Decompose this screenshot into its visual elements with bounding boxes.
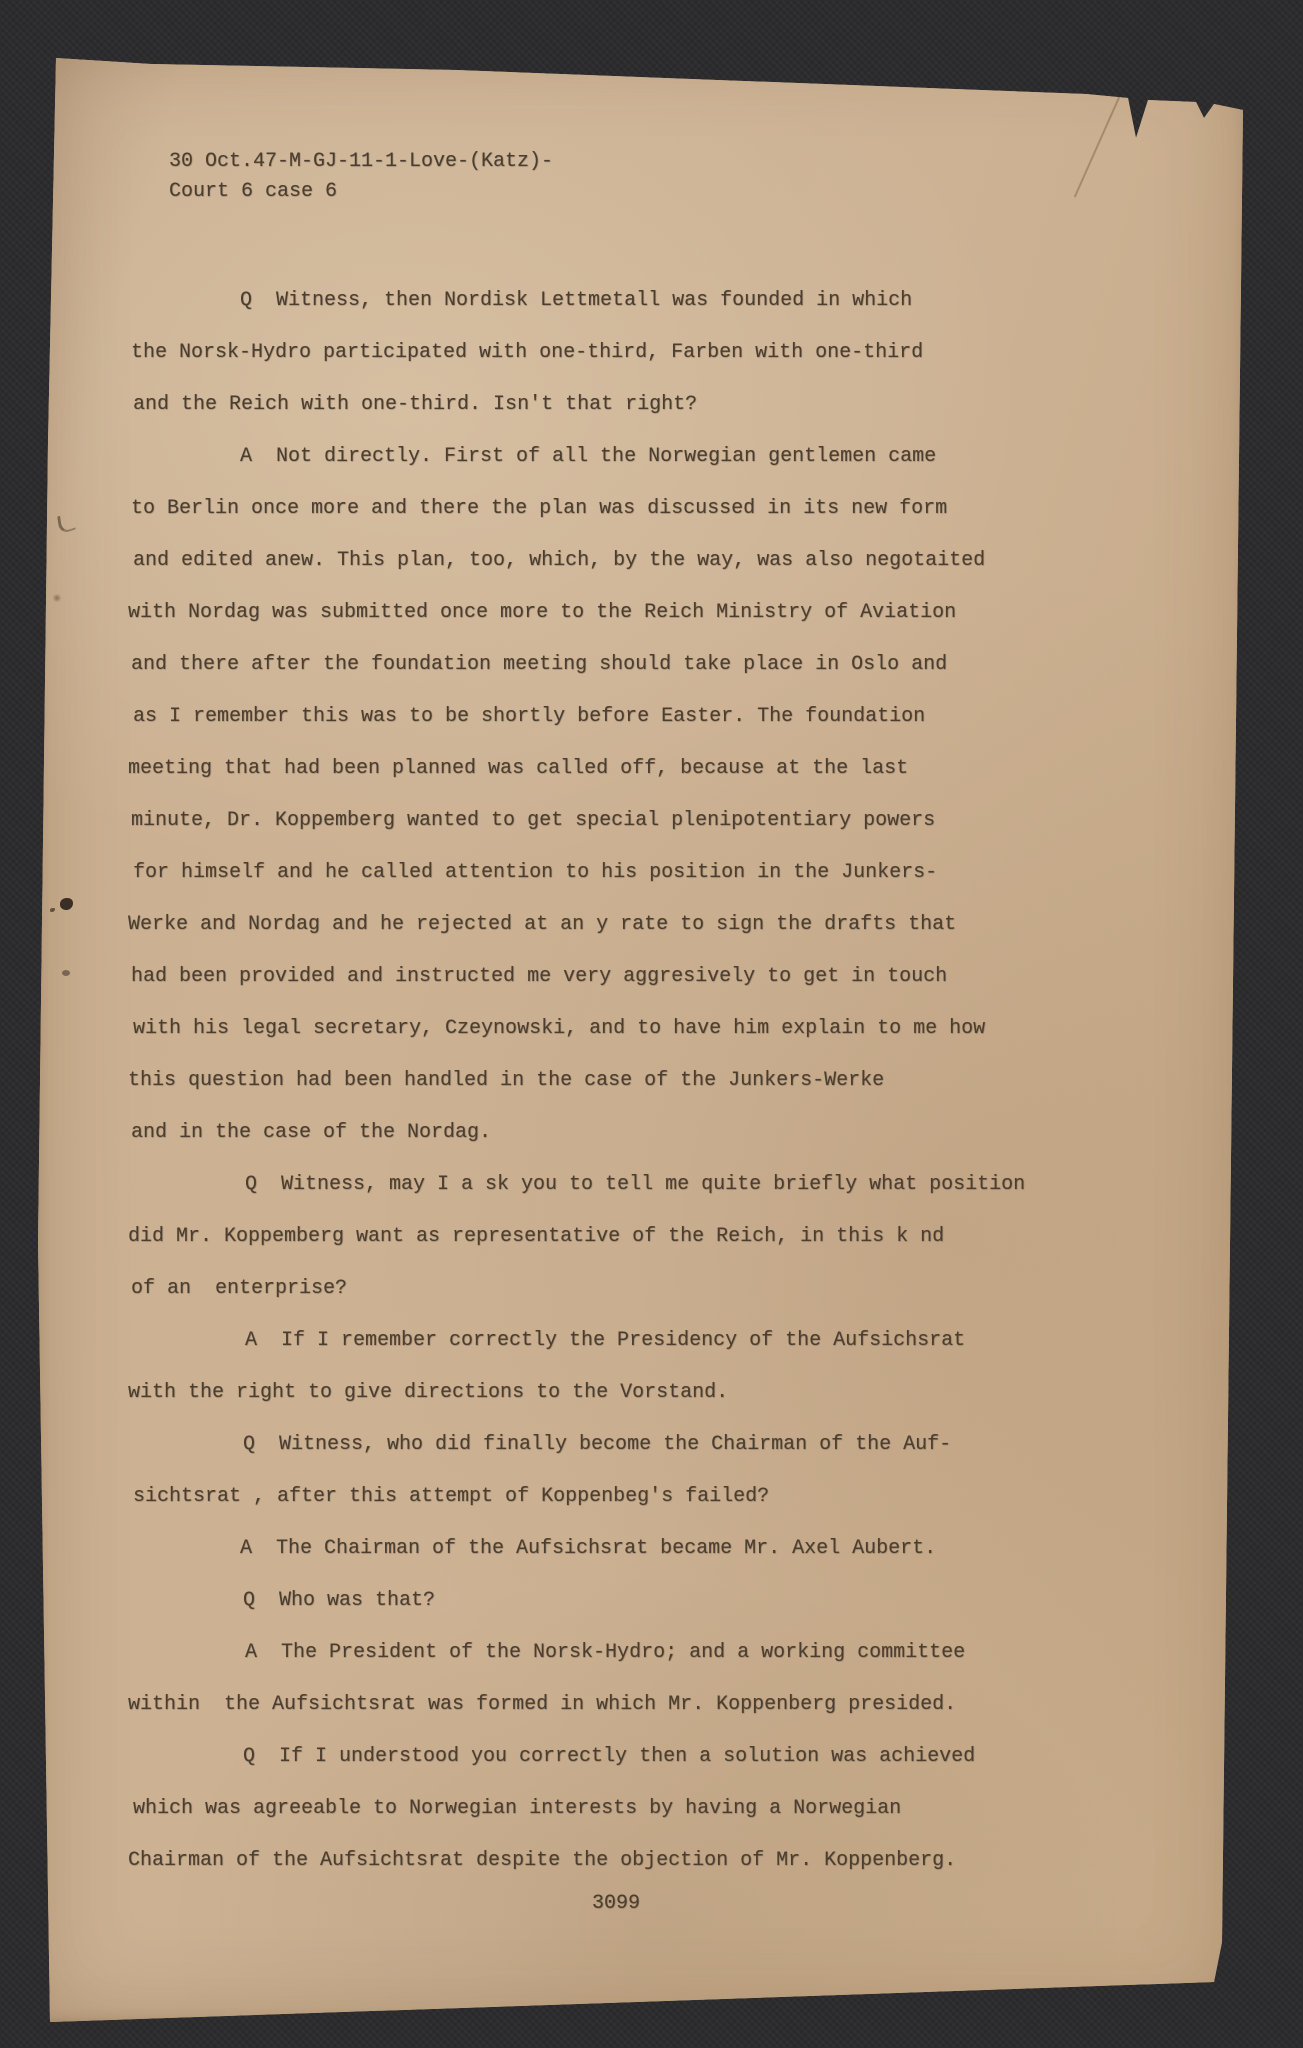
- page-number: 3099: [556, 1892, 676, 1915]
- transcript-line: Q Witness, then Nordisk Lettmetall was f…: [128, 275, 1167, 327]
- transcript-line: and edited anew. This plan, too, which, …: [133, 535, 1172, 587]
- transcript-line: with the right to give directions to the…: [128, 1367, 1167, 1419]
- transcript-line: and the Reich with one-third. Isn't that…: [133, 379, 1172, 431]
- transcript-line: Werke and Nordag and he rejected at an y…: [128, 899, 1167, 951]
- transcript-line: had been provided and instructed me very…: [131, 951, 1170, 1003]
- header-court-line: Court 6 case 6: [169, 177, 1170, 207]
- transcript-line: Chairman of the Aufsichtsrat despite the…: [128, 1835, 1167, 1887]
- margin-ink-mark: [57, 511, 76, 534]
- transcript-lines: Q Witness, then Nordisk Lettmetall was f…: [131, 275, 1170, 1887]
- transcript-line: with his legal secretary, Czeynowski, an…: [133, 1003, 1172, 1055]
- transcript-line: A If I remember correctly the Presidency…: [133, 1315, 1172, 1367]
- transcript-line: with Nordag was submitted once more to t…: [128, 587, 1167, 639]
- transcript-line: and there after the foundation meeting s…: [131, 639, 1170, 691]
- transcript-line: did Mr. Koppemberg want as representativ…: [128, 1211, 1167, 1263]
- document-paper: 30 Oct.47-M-GJ-11-1-Love-(Katz)- Court 6…: [36, 42, 1248, 2022]
- transcript-line: minute, Dr. Koppemberg wanted to get spe…: [131, 795, 1170, 847]
- transcript-line: and in the case of the Nordag.: [131, 1107, 1170, 1159]
- margin-ink-blot: [60, 898, 73, 910]
- margin-dot: [62, 970, 70, 976]
- transcript-line: of an enterprise?: [131, 1263, 1170, 1315]
- transcript-line: meeting that had been planned was called…: [128, 743, 1167, 795]
- transcript-line: Q If I understood you correctly then a s…: [131, 1731, 1170, 1783]
- typewritten-content: 30 Oct.47-M-GJ-11-1-Love-(Katz)- Court 6…: [131, 147, 1170, 1887]
- transcript-line: which was agreeable to Norwegian interes…: [133, 1783, 1172, 1835]
- transcript-line: as I remember this was to be shortly bef…: [133, 691, 1172, 743]
- transcript-line: Q Witness, may I a sk you to tell me qui…: [133, 1159, 1172, 1211]
- transcript-line: this question had been handled in the ca…: [128, 1055, 1167, 1107]
- transcript-line: A Not directly. First of all the Norwegi…: [128, 431, 1167, 483]
- transcript-line: the Norsk-Hydro participated with one-th…: [131, 327, 1170, 379]
- document-header: 30 Oct.47-M-GJ-11-1-Love-(Katz)- Court 6…: [169, 147, 1170, 207]
- transcript-line: for himself and he called attention to h…: [133, 847, 1172, 899]
- header-reference-line: 30 Oct.47-M-GJ-11-1-Love-(Katz)-: [169, 147, 1170, 177]
- transcript-line: within the Aufsichtsrat was formed in wh…: [128, 1679, 1167, 1731]
- margin-smudge: [52, 594, 62, 602]
- transcript-line: A The President of the Norsk-Hydro; and …: [133, 1627, 1172, 1679]
- transcript-line: sichtsrat , after this attempt of Koppen…: [133, 1471, 1172, 1523]
- transcript-line: Q Who was that?: [131, 1575, 1170, 1627]
- transcript-line: to Berlin once more and there the plan w…: [131, 483, 1170, 535]
- transcript-line: A The Chairman of the Aufsichsrat became…: [128, 1523, 1167, 1575]
- transcript-line: Q Witness, who did finally become the Ch…: [131, 1419, 1170, 1471]
